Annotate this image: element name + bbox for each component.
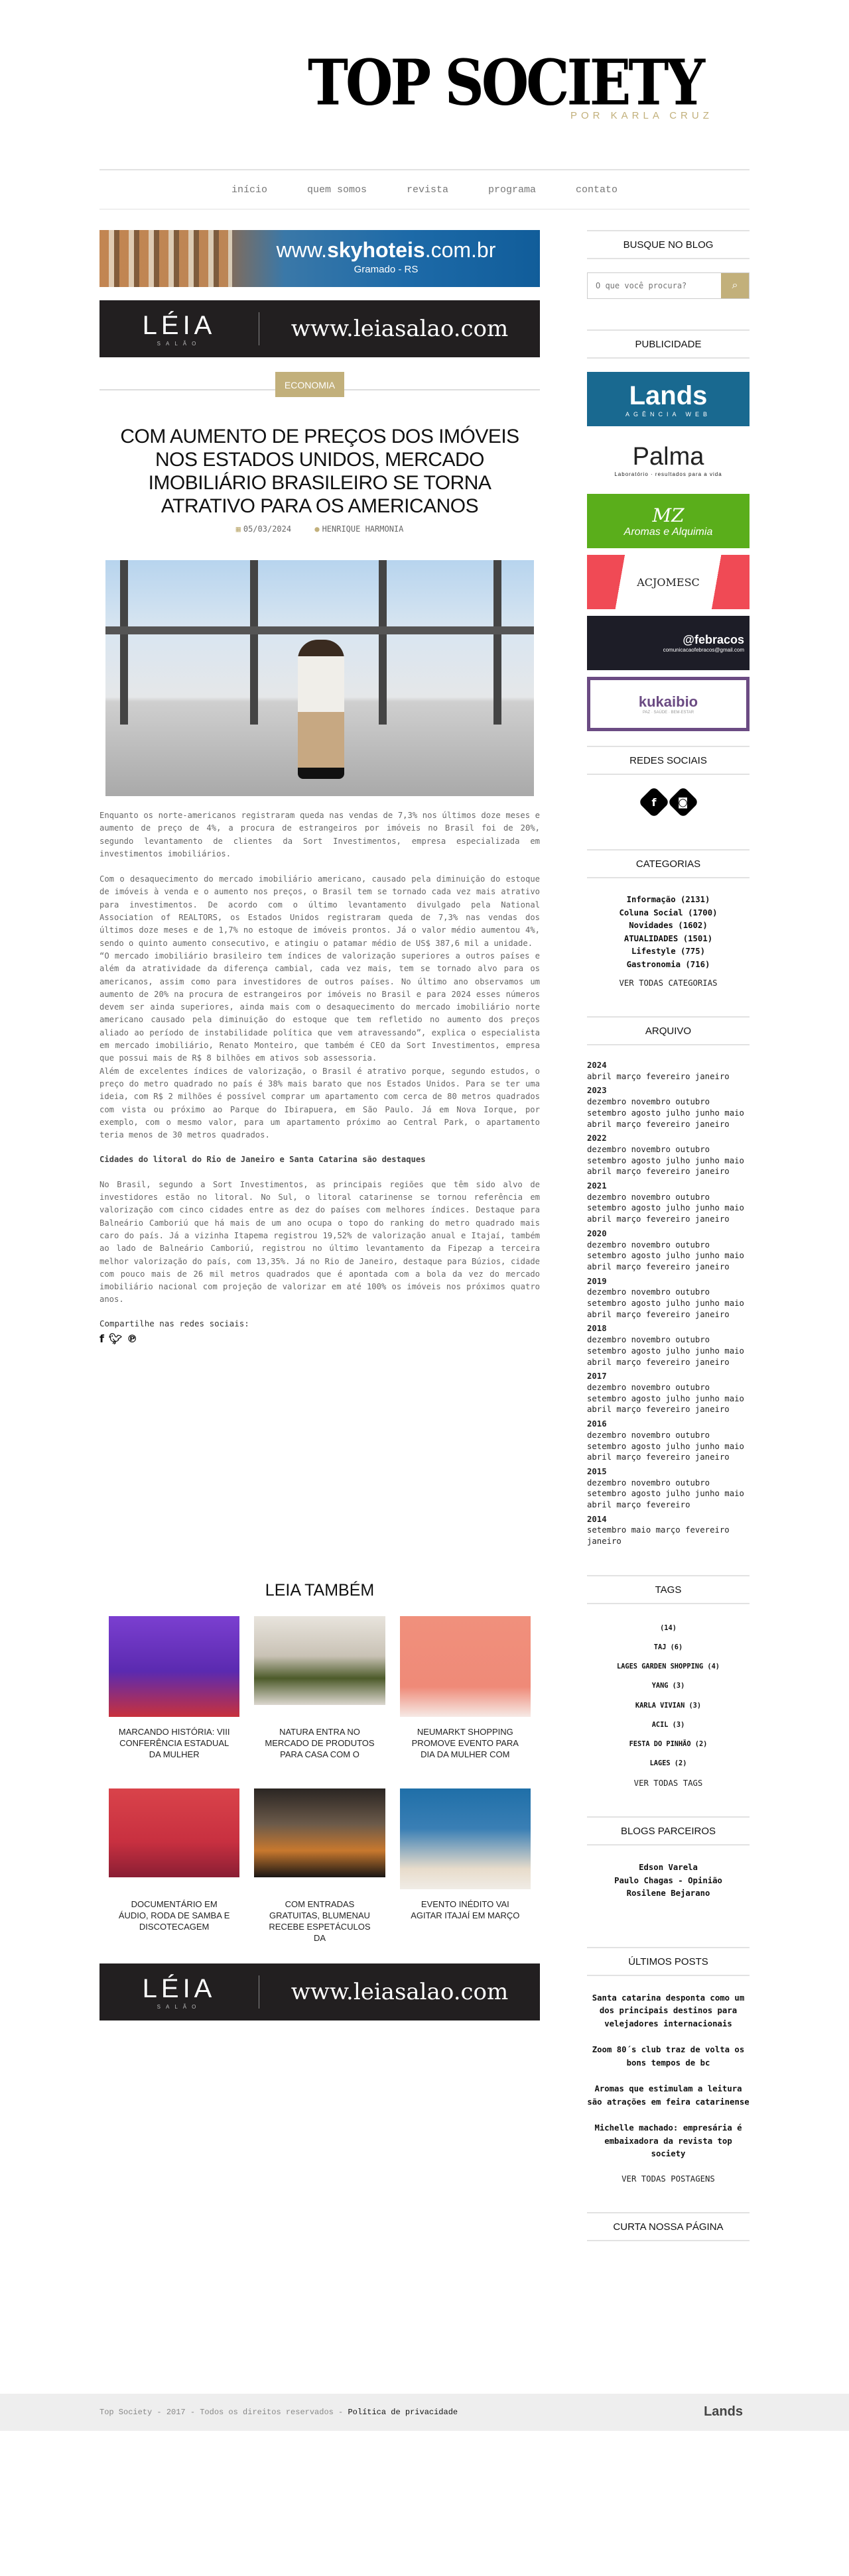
article-meta: ▦05/03/2024 ●HENRIQUE HARMONIA (99, 524, 540, 534)
tag-link[interactable]: LAGES (2) (587, 1759, 750, 1779)
archive-months[interactable]: setembro maio março fevereiro janeiro (587, 1525, 750, 1547)
ads-list: LandsAGÊNCIA WEB PalmaLaboratório · resu… (587, 372, 750, 731)
all-posts-link[interactable]: VER TODAS POSTAGENS (587, 2174, 750, 2184)
share-icons: f 🐦︎ ℗ (99, 1332, 540, 1345)
widget-title-archive: ARQUIVO (587, 1016, 750, 1045)
archive-year[interactable]: 2018 (587, 1323, 750, 1334)
nav-revista[interactable]: revista (407, 184, 448, 196)
widget-title-tags: TAGS (587, 1575, 750, 1604)
tag-link[interactable]: YANG (3) (587, 1682, 750, 1701)
related-title: LEIA TAMBÉM (99, 1581, 540, 1600)
archive-months[interactable]: dezembro novembro outubro setembro agost… (587, 1430, 750, 1463)
tag-link[interactable]: KARLA VIVIAN (3) (587, 1702, 750, 1721)
person-figure (298, 640, 344, 779)
facebook-icon[interactable]: f (637, 786, 669, 818)
archive-year[interactable]: 2016 (587, 1419, 750, 1430)
category-link[interactable]: Informação (2131) (587, 894, 750, 907)
calendar-icon: ▦ (236, 524, 241, 534)
related-thumb (109, 1616, 239, 1717)
paragraph: “O mercado imobiliário brasileiro tem ín… (99, 950, 540, 1065)
tag-link[interactable]: (14) (587, 1624, 750, 1643)
archive-months[interactable]: dezembro novembro outubro setembro agost… (587, 1192, 750, 1225)
widget-title-latest-posts: ÚLTIMOS POSTS (587, 1947, 750, 1976)
widget-title-like-page: CURTA NOSSA PÁGINA (587, 2212, 750, 2241)
widget-title-search: BUSQUE NO BLOG (587, 230, 750, 259)
archive-months[interactable]: abril março fevereiro janeiro (587, 1071, 750, 1083)
share-label: Compartilhe nas redes sociais: (99, 1318, 540, 1328)
category-row: ECONOMIA (99, 372, 540, 398)
search-form: ⌕ (587, 272, 750, 299)
related-card[interactable]: MARCANDO HISTÓRIA: VIII CONFERÊNCIA ESTA… (109, 1616, 239, 1777)
archive-months[interactable]: dezembro novembro outubro setembro agost… (587, 1096, 750, 1130)
paragraph: Além de excelentes índices de valorizaçã… (99, 1065, 540, 1142)
widget-title-partners: BLOGS PARCEIROS (587, 1816, 750, 1845)
skyhoteis-url: www.skyhoteis.com.br (232, 238, 540, 263)
category-link[interactable]: Novidades (1602) (587, 919, 750, 933)
archive-months[interactable]: dezembro novembro outubro setembro agost… (587, 1240, 750, 1273)
social-links: f ◙ (587, 791, 750, 813)
related-thumb (400, 1788, 531, 1889)
post-link[interactable]: Zoom 80´s club traz de volta os bons tem… (587, 2044, 750, 2070)
archive-months[interactable]: dezembro novembro outubro setembro agost… (587, 1334, 750, 1368)
leia-url: www.leiasalao.com (259, 1979, 540, 2005)
post-link[interactable]: Santa catarina desponta como um dos prin… (587, 1992, 750, 2031)
latest-posts-list: Santa catarina desponta como um dos prin… (587, 1992, 750, 2161)
archive-year[interactable]: 2021 (587, 1181, 750, 1192)
tag-link[interactable]: LAGES GARDEN SHOPPING (4) (587, 1663, 750, 1682)
paragraph: No Brasil, segundo a Sort Investimentos,… (99, 1179, 540, 1307)
main-nav: início quem somos revista programa conta… (99, 169, 750, 209)
leia-salao-banner[interactable]: LÉIA SALÃO www.leiasalao.com (99, 300, 540, 357)
search-icon: ⌕ (732, 280, 738, 291)
related-card[interactable]: NEUMARKT SHOPPING PROMOVE EVENTO PARA DI… (400, 1616, 531, 1777)
page: TOP SOCIETY POR KARLA CRUZ início quem s… (99, 0, 750, 2394)
archive-months[interactable]: dezembro novembro outubro setembro agost… (587, 1144, 750, 1177)
archive-months[interactable]: dezembro novembro outubro setembro agost… (587, 1382, 750, 1415)
related-thumb (254, 1788, 385, 1877)
related-card[interactable]: EVENTO INÉDITO VAI AGITAR ITAJAÍ EM MARÇ… (400, 1788, 531, 1949)
site-subtitle: POR KARLA CRUZ (570, 110, 713, 121)
site-logo[interactable]: TOP SOCIETY (308, 52, 702, 114)
widget-title-social: REDES SOCIAIS (587, 746, 750, 775)
leia-url: www.leiasalao.com (259, 316, 540, 342)
article-body: Enquanto os norte-americanos registraram… (99, 809, 540, 1307)
site-footer: Top Society - 2017 - Todos os direitos r… (0, 2394, 849, 2431)
article-date: 05/03/2024 (243, 524, 291, 534)
skyhoteis-banner[interactable]: www.skyhoteis.com.br Gramado - RS (99, 230, 540, 287)
tags-list: (14) TAJ (6) LAGES GARDEN SHOPPING (4) Y… (587, 1624, 750, 1779)
partner-link[interactable]: Edson Varela (587, 1861, 750, 1875)
ad-mz-aromas[interactable]: MZAromas e Alquimia (587, 494, 750, 548)
related-card[interactable]: COM ENTRADAS GRATUITAS, BLUMENAU RECEBE … (254, 1788, 385, 1949)
site-header: TOP SOCIETY POR KARLA CRUZ (99, 0, 750, 169)
archive-list: 2024abril março fevereiro janeiro 2023de… (587, 1060, 750, 1547)
tag-link[interactable]: FESTA DO PINHÃO (2) (587, 1740, 750, 1759)
search-button[interactable]: ⌕ (721, 273, 749, 298)
archive-year[interactable]: 2014 (587, 1514, 750, 1525)
search-input[interactable] (588, 273, 721, 298)
partner-link[interactable]: Paulo Chagas - Opinião (587, 1875, 750, 1888)
widget-title-ads: PUBLICIDADE (587, 329, 750, 359)
leia-logo: LÉIA (99, 1974, 259, 2004)
ad-febracos[interactable]: @febracoscomunicacaofebracos@gmail.com (587, 616, 750, 670)
category-link[interactable]: ATUALIDADES (1501) (587, 933, 750, 946)
all-tags-link[interactable]: VER TODAS TAGS (587, 1779, 750, 1788)
paragraph: Enquanto os norte-americanos registraram… (99, 809, 540, 860)
footer-copyright: Top Society - 2017 - Todos os direitos r… (99, 2408, 458, 2417)
related-thumb (400, 1616, 531, 1717)
article-subheading: Cidades do litoral do Rio de Janeiro e S… (99, 1153, 540, 1166)
facebook-icon[interactable]: f (99, 1332, 104, 1345)
related-grid: MARCANDO HISTÓRIA: VIII CONFERÊNCIA ESTA… (99, 1616, 540, 1961)
leia-logo: LÉIA (99, 311, 259, 341)
leia-salao-banner-bottom[interactable]: LÉIA SALÃO www.leiasalao.com (99, 1963, 540, 2020)
hotel-photo (99, 230, 232, 287)
instagram-icon[interactable]: ◙ (667, 786, 698, 818)
post-link[interactable]: Michelle machado: empresária é embaixado… (587, 2122, 750, 2161)
category-link[interactable]: Lifestyle (775) (587, 945, 750, 959)
archive-year[interactable]: 2024 (587, 1060, 750, 1071)
twitter-icon[interactable]: 🐦︎ (109, 1332, 122, 1345)
article-hero-image (105, 560, 534, 796)
article-author[interactable]: HENRIQUE HARMONIA (322, 524, 404, 534)
all-categories-link[interactable]: VER TODAS CATEGORIAS (587, 978, 750, 988)
main-column: www.skyhoteis.com.br Gramado - RS LÉIA S… (99, 230, 540, 2241)
archive-year[interactable]: 2015 (587, 1466, 750, 1478)
category-badge[interactable]: ECONOMIA (275, 372, 344, 397)
sidebar: BUSQUE NO BLOG ⌕ PUBLICIDADE LandsAGÊNCI… (587, 230, 750, 2241)
post-link[interactable]: Aromas que estimulam a leitura são atraç… (587, 2083, 750, 2109)
tag-link[interactable]: ACIL (3) (587, 1721, 750, 1740)
lands-credit-logo[interactable]: Lands (704, 2404, 743, 2420)
nav-inicio[interactable]: início (231, 184, 267, 196)
ad-lands[interactable]: LandsAGÊNCIA WEB (587, 372, 750, 426)
archive-months[interactable]: dezembro novembro outubro setembro agost… (587, 1478, 750, 1511)
ad-acjomesc[interactable]: ACJOMESC (587, 555, 750, 609)
related-thumb (254, 1616, 385, 1705)
archive-months[interactable]: dezembro novembro outubro setembro agost… (587, 1287, 750, 1320)
archive-year[interactable]: 2022 (587, 1133, 750, 1144)
nav-contato[interactable]: contato (576, 184, 618, 196)
related-card[interactable]: NATURA ENTRA NO MERCADO DE PRODUTOS PARA… (254, 1616, 385, 1777)
related-thumb (109, 1788, 239, 1877)
pinterest-icon[interactable]: ℗ (127, 1332, 137, 1345)
widget-title-categories: CATEGORIAS (587, 849, 750, 878)
nav-programa[interactable]: programa (488, 184, 536, 196)
partners-list: Edson Varela Paulo Chagas - Opinião Rosi… (587, 1861, 750, 1901)
related-card[interactable]: DOCUMENTÁRIO EM ÁUDIO, RODA DE SAMBA E D… (109, 1788, 239, 1949)
archive-year[interactable]: 2023 (587, 1085, 750, 1096)
archive-year[interactable]: 2019 (587, 1276, 750, 1287)
ad-palma[interactable]: PalmaLaboratório · resultados para a vid… (587, 433, 750, 487)
nav-quem-somos[interactable]: quem somos (307, 184, 367, 196)
user-icon: ● (314, 524, 319, 534)
paragraph: Com o desaquecimento do mercado imobiliá… (99, 873, 540, 950)
ad-kukaibio[interactable]: kukaibioPAZ · SAÚDE · BEM-ESTAR (587, 677, 750, 731)
partner-link[interactable]: Rosilene Bejarano (587, 1887, 750, 1901)
skyhoteis-city: Gramado - RS (232, 264, 540, 275)
category-link[interactable]: Coluna Social (1700) (587, 907, 750, 920)
category-link[interactable]: Gastronomia (716) (587, 959, 750, 972)
archive-year[interactable]: 2017 (587, 1371, 750, 1382)
article-title: COM AUMENTO DE PREÇOS DOS IMÓVEIS NOS ES… (113, 425, 527, 518)
tag-link[interactable]: TAJ (6) (587, 1643, 750, 1663)
categories-list: Informação (2131) Coluna Social (1700) N… (587, 894, 750, 971)
privacy-link[interactable]: Política de privacidade (348, 2408, 458, 2417)
archive-year[interactable]: 2020 (587, 1228, 750, 1240)
